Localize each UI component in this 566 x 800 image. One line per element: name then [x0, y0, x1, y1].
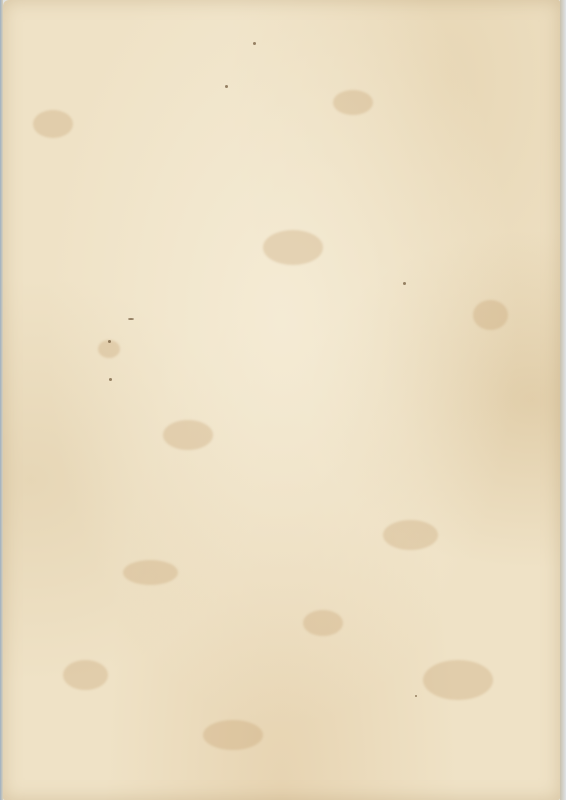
foxing-stain: [33, 110, 73, 138]
foxing-stain: [63, 660, 108, 690]
speck: [128, 318, 134, 320]
speck: [403, 282, 406, 285]
foxing-stain: [383, 520, 438, 550]
foxing-stain: [263, 230, 323, 265]
speck: [108, 340, 111, 343]
speck: [225, 85, 228, 88]
foxing-stain: [473, 300, 508, 330]
speck: [109, 378, 112, 381]
speck: [415, 695, 417, 697]
speck: [253, 42, 256, 45]
foxing-stain: [333, 90, 373, 115]
foxing-stain: [303, 610, 343, 636]
paper-page: [3, 0, 560, 800]
foxing-stain: [423, 660, 493, 700]
foxing-stain: [203, 720, 263, 750]
right-page-edge: [560, 0, 566, 800]
foxing-stain: [163, 420, 213, 450]
scan-area: [0, 0, 566, 800]
foxing-stain: [123, 560, 178, 585]
